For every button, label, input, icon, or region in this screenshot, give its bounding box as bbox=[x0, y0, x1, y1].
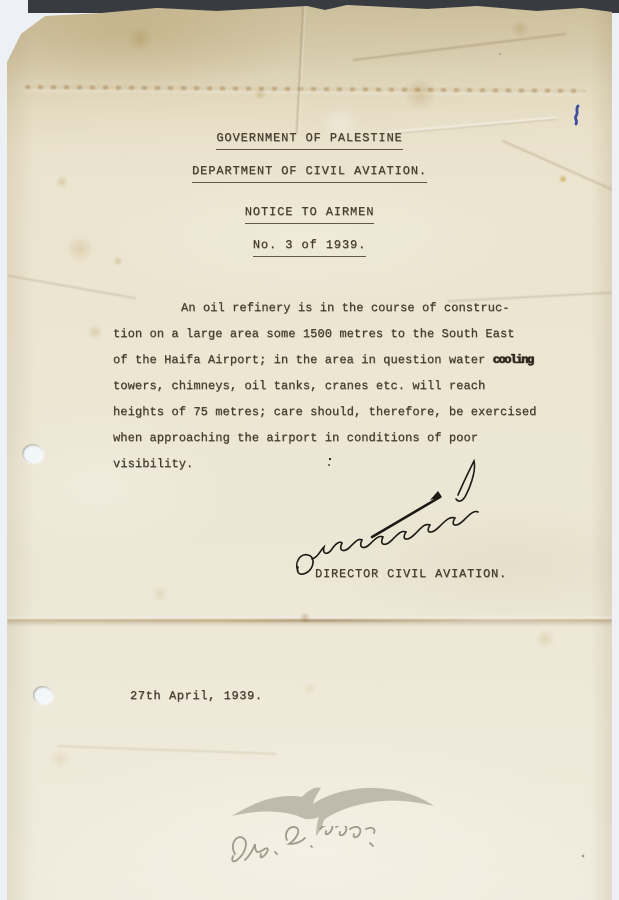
wrinkle-line bbox=[296, 6, 305, 134]
header-notice-text: NOTICE TO AIRMEN bbox=[245, 205, 375, 224]
header-government: GOVERNMENT OF PALESTINE bbox=[7, 131, 612, 150]
wrinkle-line bbox=[353, 33, 567, 61]
header-department: DEPARTMENT OF CIVIL AVIATION. bbox=[7, 164, 612, 183]
date-text: 27th April, 1939. bbox=[130, 689, 263, 703]
body-line-text: of the Haifa Airport; in the area in que… bbox=[113, 353, 493, 367]
header-notice: NOTICE TO AIRMEN bbox=[7, 205, 612, 224]
blue-ink-mark bbox=[572, 104, 582, 126]
body-line: tion on a large area some 1500 metres to… bbox=[113, 327, 515, 342]
signature-title: DIRECTOR CIVIL AVIATION. bbox=[315, 567, 507, 582]
body-line-text: An oil refinery is in the course of cons… bbox=[181, 301, 510, 315]
header-government-text: GOVERNMENT OF PALESTINE bbox=[216, 131, 402, 150]
body-line: An oil refinery is in the course of cons… bbox=[113, 301, 510, 316]
paper-sheet: GOVERNMENT OF PALESTINE DEPARTMENT OF CI… bbox=[7, 4, 612, 900]
fold-crease-middle bbox=[7, 619, 612, 622]
body-line: towers, chimneys, oil tanks, cranes etc.… bbox=[113, 379, 485, 394]
fold-crease-top bbox=[25, 85, 585, 93]
wrinkle-line bbox=[8, 275, 136, 300]
header-department-text: DEPARTMENT OF CIVIL AVIATION. bbox=[192, 164, 427, 183]
wrinkle-line bbox=[57, 745, 277, 755]
body-line: when approaching the airport in conditio… bbox=[113, 431, 478, 446]
body-line-text: when approaching the airport in conditio… bbox=[113, 431, 478, 445]
body-line: heights of 75 metres; care should, there… bbox=[113, 405, 536, 420]
header-notice-number: No. 3 of 1939. bbox=[7, 238, 612, 257]
punch-hole bbox=[22, 444, 43, 463]
body-line: visibility. bbox=[113, 457, 193, 472]
overstruck-word: cooling bbox=[493, 353, 533, 367]
body-line-text: towers, chimneys, oil tanks, cranes etc.… bbox=[113, 379, 485, 393]
scanned-document: GOVERNMENT OF PALESTINE DEPARTMENT OF CI… bbox=[0, 0, 619, 900]
signature-title-text: DIRECTOR CIVIL AVIATION. bbox=[315, 567, 507, 581]
punch-hole bbox=[33, 686, 53, 704]
body-line-text: heights of 75 metres; care should, there… bbox=[113, 405, 536, 419]
body-line-text: tion on a large area some 1500 metres to… bbox=[113, 327, 515, 341]
date-line: 27th April, 1939. bbox=[130, 689, 263, 704]
pencil-signature bbox=[225, 826, 405, 874]
director-signature bbox=[290, 449, 490, 577]
header-notice-number-text: No. 3 of 1939. bbox=[253, 238, 366, 257]
body-line: of the Haifa Airport; in the area in que… bbox=[113, 353, 533, 368]
body-line-text: visibility. bbox=[113, 457, 193, 471]
